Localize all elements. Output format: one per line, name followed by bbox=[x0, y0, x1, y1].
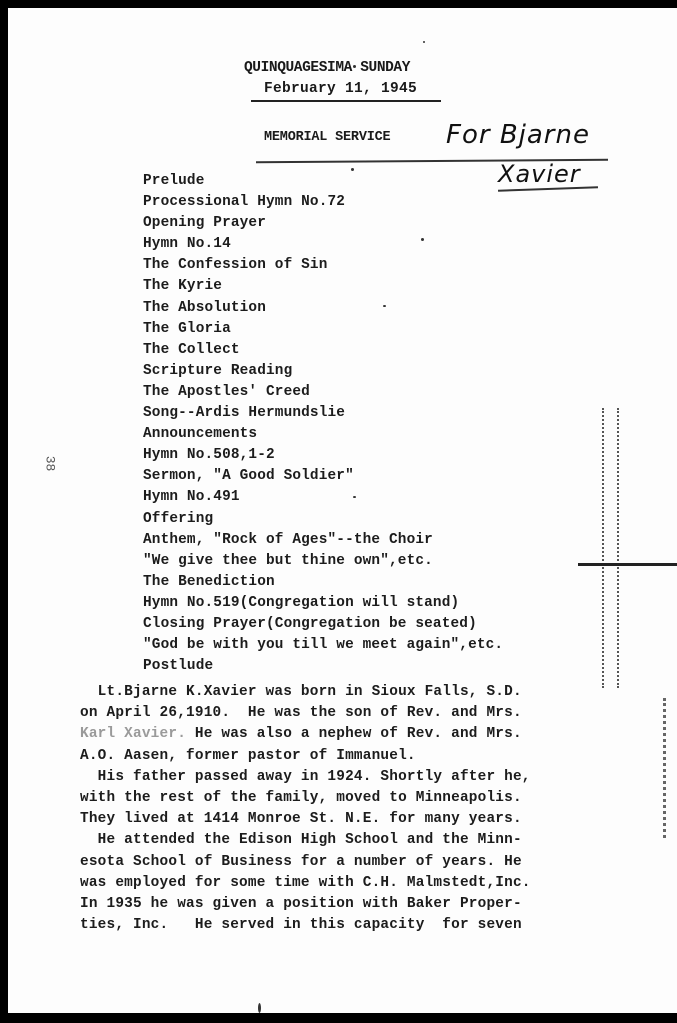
margin-page-number: 38 bbox=[42, 456, 57, 472]
scan-speck bbox=[351, 168, 354, 171]
service-item: The Benediction bbox=[143, 572, 503, 593]
scan-speck bbox=[421, 238, 424, 241]
biography-line: Lt.Bjarne K.Xavier was born in Sioux Fal… bbox=[80, 682, 531, 703]
service-item: Announcements bbox=[143, 424, 503, 445]
service-item: Hymn No.491 bbox=[143, 487, 503, 508]
service-item: The Confession of Sin bbox=[143, 255, 503, 276]
service-item: Sermon, "A Good Soldier" bbox=[143, 466, 503, 487]
biography-line: esota School of Business for a number of… bbox=[80, 852, 531, 873]
service-item: Hymn No.519(Congregation will stand) bbox=[143, 593, 503, 614]
date-heading: February 11, 1945 bbox=[264, 81, 417, 97]
handwritten-annotation-line1: For Bjarne bbox=[446, 120, 590, 150]
biography-line: In 1935 he was given a position with Bak… bbox=[80, 894, 531, 915]
service-item: Hymn No.508,1-2 bbox=[143, 445, 503, 466]
biography-line: A.O. Aasen, former pastor of Immanuel. bbox=[80, 746, 531, 767]
scan-speck bbox=[258, 1003, 261, 1013]
biography-paragraph: Lt.Bjarne K.Xavier was born in Sioux Fal… bbox=[80, 682, 531, 936]
biography-line: His father passed away in 1924. Shortly … bbox=[80, 767, 531, 788]
scan-speck bbox=[353, 65, 356, 68]
biography-line: Karl Xavier. He was also a nephew of Rev… bbox=[80, 724, 531, 745]
handwritten-annotation-line2: Xavier bbox=[498, 160, 581, 188]
biography-line: ties, Inc. He served in this capacity fo… bbox=[80, 915, 531, 936]
service-item: Offering bbox=[143, 509, 503, 530]
scan-noise bbox=[663, 698, 666, 838]
scan-noise bbox=[602, 408, 604, 688]
scan-speck bbox=[423, 41, 425, 43]
service-item: The Gloria bbox=[143, 319, 503, 340]
scan-noise bbox=[617, 408, 619, 688]
service-item: "We give thee but thine own",etc. bbox=[143, 551, 503, 572]
order-of-service-list: PreludeProcessional Hymn No.72Opening Pr… bbox=[143, 171, 503, 677]
service-item: Opening Prayer bbox=[143, 213, 503, 234]
date-underline bbox=[251, 100, 441, 102]
scan-streak bbox=[578, 563, 677, 566]
service-item: The Absolution bbox=[143, 298, 503, 319]
service-item: The Collect bbox=[143, 340, 503, 361]
service-item: Postlude bbox=[143, 656, 503, 677]
scan-speck bbox=[353, 496, 356, 498]
service-item: "God be with you till we meet again",etc… bbox=[143, 635, 503, 656]
smudged-text: Karl Xavier. bbox=[80, 726, 186, 742]
service-item: Song--Ardis Hermundslie bbox=[143, 403, 503, 424]
service-item: Anthem, "Rock of Ages"--the Choir bbox=[143, 530, 503, 551]
service-item: Closing Prayer(Congregation be seated) bbox=[143, 614, 503, 635]
biography-line: He attended the Edison High School and t… bbox=[80, 830, 531, 851]
service-item: The Apostles' Creed bbox=[143, 382, 503, 403]
scan-speck bbox=[383, 305, 386, 307]
biography-line: They lived at 1414 Monroe St. N.E. for m… bbox=[80, 809, 531, 830]
biography-line: with the rest of the family, moved to Mi… bbox=[80, 788, 531, 809]
occasion-heading: QUINQUAGESIMA SUNDAY bbox=[244, 60, 410, 76]
service-title: MEMORIAL SERVICE bbox=[264, 130, 390, 145]
service-item: Processional Hymn No.72 bbox=[143, 192, 503, 213]
biography-line: on April 26,1910. He was the son of Rev.… bbox=[80, 703, 531, 724]
service-item: Prelude bbox=[143, 171, 503, 192]
service-item: Hymn No.14 bbox=[143, 234, 503, 255]
service-item: The Kyrie bbox=[143, 276, 503, 297]
biography-line: was employed for some time with C.H. Mal… bbox=[80, 873, 531, 894]
service-item: Scripture Reading bbox=[143, 361, 503, 382]
scanned-page: QUINQUAGESIMA SUNDAY February 11, 1945 M… bbox=[8, 8, 677, 1013]
